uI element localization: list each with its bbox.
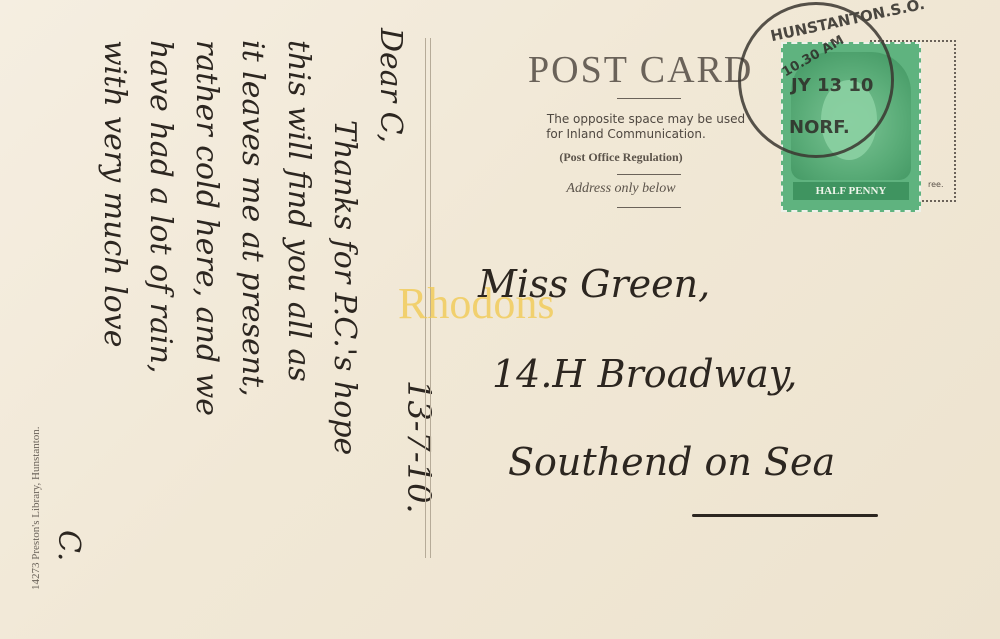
address-only-text: Address only below	[506, 181, 736, 197]
stamp-value: HALF PENNY	[793, 182, 909, 200]
handwritten-message: Dear C, Thanks for P.C.'s hope this will…	[10, 20, 390, 610]
postcard-title: POST CARD	[528, 48, 753, 92]
stamp-box-text: ree.	[928, 180, 944, 189]
message-line: Dear C,	[373, 28, 408, 143]
address-line-2: 14.H Broadway,	[492, 352, 797, 396]
message-signature: C.	[51, 530, 86, 561]
address-line-3: Southend on Sea	[508, 440, 835, 484]
message-line: have had a lot of rain,	[143, 40, 178, 373]
postcard-back: Dear C, Thanks for P.C.'s hope this will…	[0, 0, 1000, 639]
rule	[617, 98, 681, 99]
rule	[617, 207, 681, 208]
message-line: this will find you all as	[281, 40, 316, 382]
postmark-date: JY 13 10	[791, 75, 873, 96]
regulation-text: (Post Office Regulation)	[506, 150, 736, 165]
postmark: HUNSTANTON.S.O. 10.30 AM JY 13 10 NORF.	[738, 2, 894, 158]
note-line-2: for Inland Communication.	[486, 127, 766, 142]
rule	[617, 174, 681, 175]
address-underline	[692, 514, 878, 517]
postmark-county: NORF.	[789, 117, 850, 138]
message-line: Thanks for P.C.'s hope	[327, 120, 362, 455]
note-line-1: The opposite space may be used	[506, 112, 786, 127]
message-date: 13-7-10.	[400, 380, 438, 514]
postmark-town: HUNSTANTON.S.O.	[769, 0, 926, 45]
message-line: rather cold here, and we	[189, 40, 224, 416]
address-line-1: Miss Green,	[478, 262, 710, 306]
message-line: it leaves me at present,	[235, 40, 270, 397]
publisher-imprint: 14273 Preston's Library, Hunstanton.	[30, 426, 42, 590]
message-line: with very much love	[97, 40, 132, 348]
